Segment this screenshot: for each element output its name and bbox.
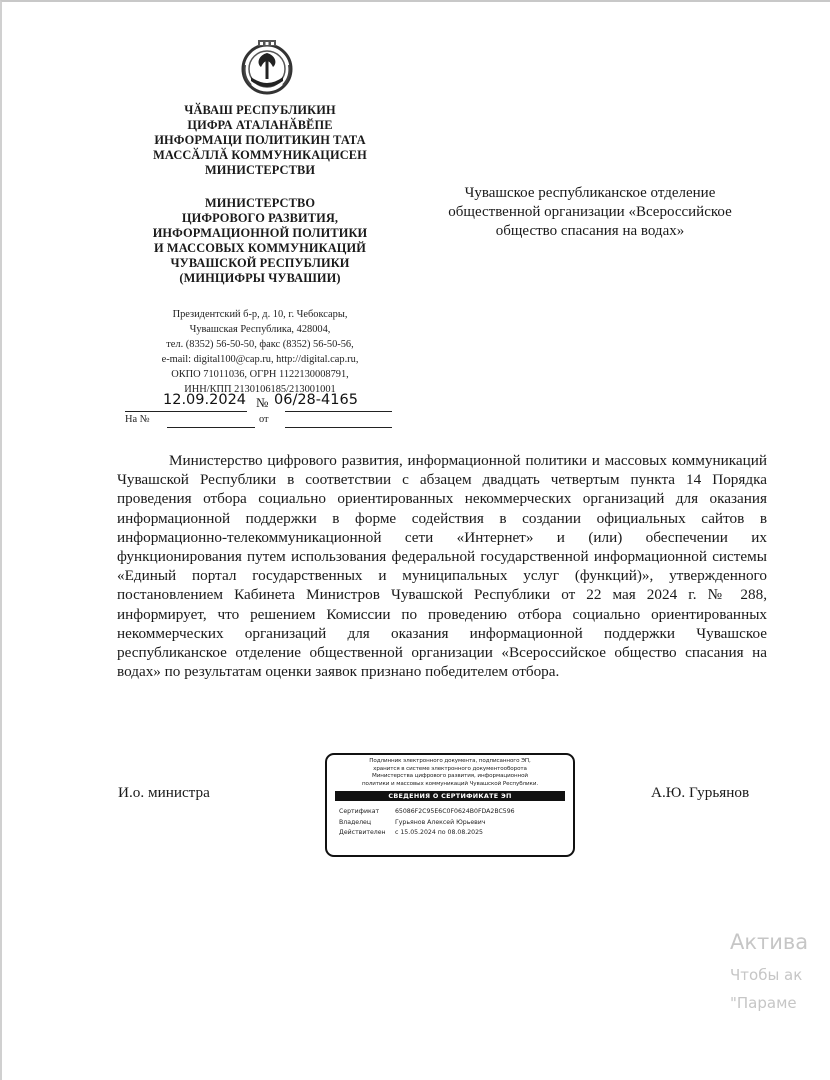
ministry-name-line: МИНИСТЕРСТВИ [100,163,420,178]
date-underline [125,411,247,412]
ministry-contacts: Президентский б-р, д. 10, г. Чебоксары, … [110,307,410,397]
owner-value: Гурьянов Алексей Юрьевич [395,818,486,829]
stamp-notice-line: политики и массовых коммуникаций Чувашск… [327,781,573,789]
registration-number: 06/28-4165 [274,392,358,408]
certificate-row: Сертификат 65086F2C95E6C0F0624B0FDA2BC59… [339,807,573,818]
ministry-name-russian: МИНИСТЕРСТВО ЦИФРОВОГО РАЗВИТИЯ, ИНФОРМА… [100,196,420,286]
ministry-name-line: И МАССОВЫХ КОММУНИКАЦИЙ [100,241,420,256]
registration-date: 12.09.2024 [163,392,246,408]
activation-watermark-line: Чтобы ак [730,966,802,984]
signatory-position: И.о. министра [118,784,210,802]
stamp-notice-line: Подлинник электронного документа, подпис… [327,758,573,766]
certificate-label: Сертификат [339,807,395,818]
reference-number-label: На № [125,414,150,425]
ministry-name-line: ИНФОРМАЦИ ПОЛИТИКИН ТАТА [100,133,420,148]
address-line: Чувашская Республика, 428004, [110,322,410,337]
e-signature-stamp: Подлинник электронного документа, подпис… [325,753,575,857]
ministry-name-line: МИНИСТЕРСТВО [100,196,420,211]
registry-codes-line: ОКПО 71011036, ОГРН 1122130008791, [110,367,410,382]
activation-watermark-title: Актива [730,930,808,954]
stamp-notice: Подлинник электронного документа, подпис… [327,755,573,788]
validity-label: Действителен [339,828,395,839]
owner-row: Владелец Гурьянов Алексей Юрьевич [339,818,573,829]
ministry-name-line: ЦИФРА АТАЛАНӐВӖПЕ [100,118,420,133]
ministry-name-line: ИНФОРМАЦИОННОЙ ПОЛИТИКИ [100,226,420,241]
stamp-notice-line: Министерства цифрового развития, информа… [327,773,573,781]
ministry-name-chuvash: ЧӐВАШ РЕСПУБЛИКИН ЦИФРА АТАЛАНӐВӖПЕ ИНФО… [100,103,420,178]
signatory-name: А.Ю. Гурьянов [651,784,749,802]
ministry-name-line: ЧӐВАШ РЕСПУБЛИКИН [100,103,420,118]
address-line: Президентский б-р, д. 10, г. Чебоксары, [110,307,410,322]
addressee: Чувашское республиканское отделение обще… [400,184,780,241]
addressee-line: Чувашское республиканское отделение [400,184,780,203]
stamp-title: СВЕДЕНИЯ О СЕРТИФИКАТЕ ЭП [335,791,565,801]
number-underline [285,411,392,412]
chuvash-republic-emblem-icon [239,37,295,95]
ministry-name-line: (МИНЦИФРЫ ЧУВАШИИ) [100,271,420,286]
contact-line: e-mail: digital100@cap.ru, http://digita… [110,352,410,367]
stamp-notice-line: хранится в системе электронного документ… [327,766,573,774]
owner-label: Владелец [339,818,395,829]
addressee-line: общество спасания на водах» [400,222,780,241]
certificate-value: 65086F2C95E6C0F0624B0FDA2BC596 [395,807,515,818]
letter-body: Министерство цифрового развития, информа… [117,451,767,681]
ministry-name-line: МАССӐЛЛӐ КОММУНИКАЦИСЕН [100,148,420,163]
validity-row: Действителен с 15.05.2024 по 08.08.2025 [339,828,573,839]
ministry-name-line: ЧУВАШСКОЙ РЕСПУБЛИКИ [100,256,420,271]
validity-value: с 15.05.2024 по 08.08.2025 [395,828,483,839]
document-page: ЧӐВАШ РЕСПУБЛИКИН ЦИФРА АТАЛАНӐВӖПЕ ИНФО… [0,0,830,1080]
address-line: тел. (8352) 56-50-50, факс (8352) 56-50-… [110,337,410,352]
number-sign: № [256,395,268,411]
addressee-line: общественной организации «Всероссийское [400,203,780,222]
reference-date-field [285,427,392,428]
activation-watermark-line: "Параме [730,994,797,1012]
reference-date-label: от [259,414,269,425]
ministry-name-line: ЦИФРОВОГО РАЗВИТИЯ, [100,211,420,226]
reference-number-field [167,427,255,428]
certificate-details: Сертификат 65086F2C95E6C0F0624B0FDA2BC59… [339,807,573,839]
